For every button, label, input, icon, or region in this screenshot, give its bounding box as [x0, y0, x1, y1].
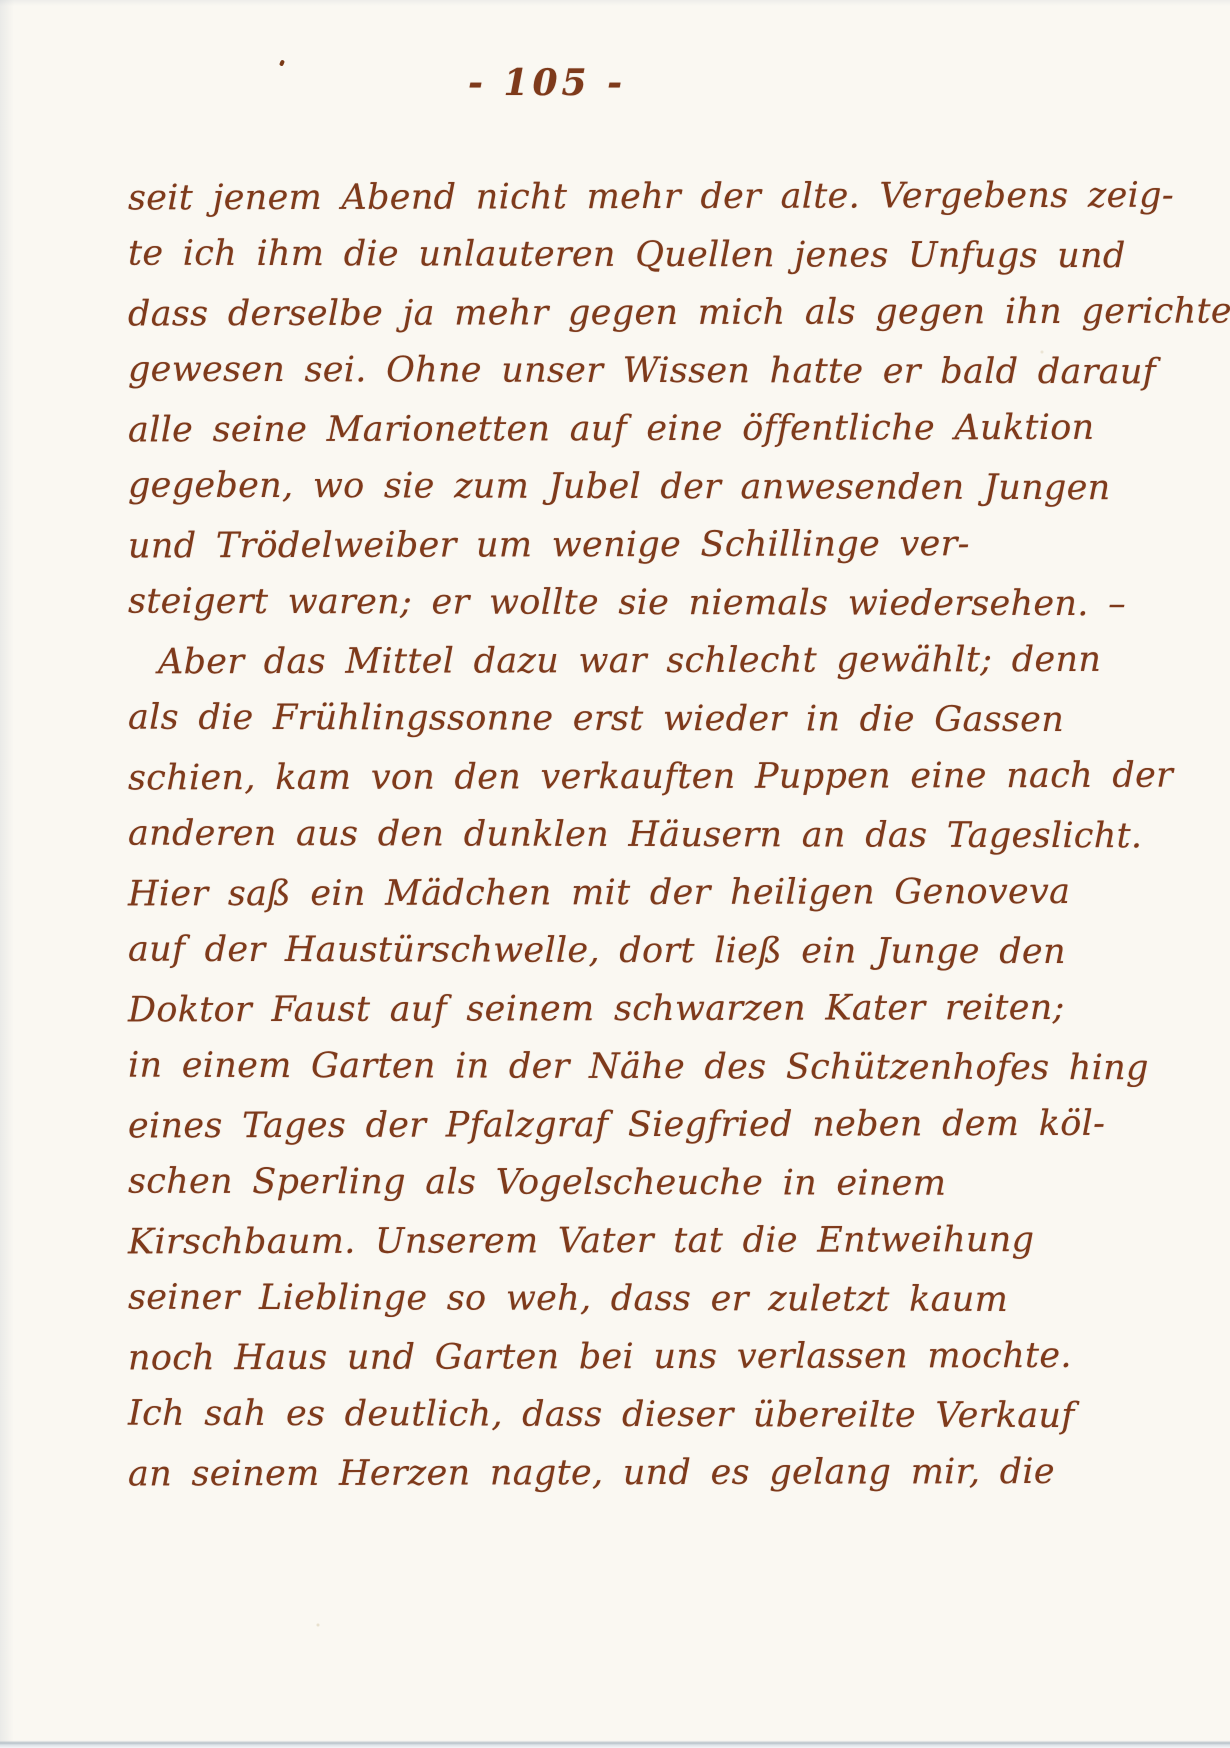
handwritten-line: als die Frühlingssonne erst wieder in di… — [128, 689, 1180, 750]
handwritten-line: seit jenem Abend nicht mehr der alte. Ve… — [128, 167, 1180, 228]
handwritten-line: an seinem Herzen nagte, und es gelang mi… — [128, 1443, 1180, 1504]
handwritten-line: Ich sah es deutlich, dass dieser übereil… — [128, 1385, 1180, 1446]
handwritten-line: Doktor Faust auf seinem schwarzen Kater … — [128, 979, 1180, 1040]
handwritten-line: noch Haus und Garten bei uns verlassen m… — [128, 1327, 1180, 1388]
page-number: - 105 - — [0, 62, 1162, 104]
scan-edge-top — [0, 0, 1230, 6]
handwritten-line: seiner Lieblinge so weh, dass er zuletzt… — [128, 1269, 1180, 1330]
handwritten-line: eines Tages der Pfalzgraf Siegfried nebe… — [128, 1095, 1180, 1156]
handwritten-line: te ich ihm die unlauteren Quellen jenes … — [128, 225, 1180, 286]
scan-edge-left — [0, 0, 14, 1748]
paragraph: seit jenem Abend nicht mehr der alte. Ve… — [128, 168, 1180, 632]
handwritten-line: steigert waren; er wollte sie niemals wi… — [128, 573, 1180, 634]
handwritten-line: auf der Haustürschwelle, dort ließ ein J… — [128, 921, 1180, 982]
paragraph: Aber das Mittel dazu war schlecht gewähl… — [128, 632, 1180, 1502]
handwritten-line: Kirschbaum. Unserem Vater tat die Entwei… — [128, 1211, 1180, 1272]
handwritten-line: gewesen sei. Ohne unser Wissen hatte er … — [128, 341, 1180, 402]
handwritten-line: anderen aus den dunklen Häusern an das T… — [128, 805, 1180, 866]
handwritten-line: gegeben, wo sie zum Jubel der anwesenden… — [128, 457, 1180, 518]
handwritten-line: Aber das Mittel dazu war schlecht gewähl… — [128, 631, 1180, 692]
handwritten-line: in einem Garten in der Nähe des Schützen… — [128, 1037, 1180, 1098]
handwritten-line: dass derselbe ja mehr gegen mich als geg… — [128, 283, 1180, 344]
handwritten-line: Hier saß ein Mädchen mit der heiligen Ge… — [128, 863, 1180, 924]
handwritten-text: seit jenem Abend nicht mehr der alte. Ve… — [128, 168, 1180, 1502]
handwritten-line: alle seine Marionetten auf eine öffentli… — [128, 399, 1180, 460]
handwritten-line: und Trödelweiber um wenige Schillinge ve… — [128, 515, 1180, 576]
handwritten-line: schen Sperling als Vogelscheuche in eine… — [128, 1153, 1180, 1214]
manuscript-page: - 105 - seit jenem Abend nicht mehr der … — [0, 0, 1230, 1748]
scan-edge-bottom — [0, 1738, 1230, 1748]
handwritten-line: schien, kam von den verkauften Puppen ei… — [128, 747, 1180, 808]
